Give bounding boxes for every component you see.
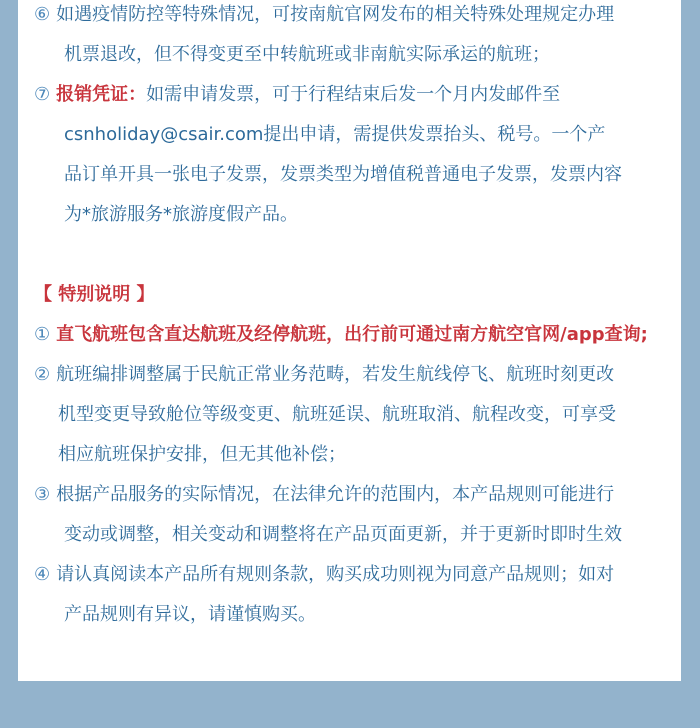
special-4-line-2: 产品规则有异议，请谨慎购买。 (18, 595, 316, 635)
rule-6-line-2: 机票退改，但不得变更至中转航班或非南航实际承运的航班； (18, 35, 550, 75)
rule-7-line-1: ⑦报销凭证：如需申请发票，可于行程结束后发一个月内发邮件至 (18, 75, 560, 115)
rule-6-line-1: ⑥如遇疫情防控等特殊情况，可按南航官网发布的相关特殊处理规定办理 (18, 0, 614, 35)
special-4-line-1: ④请认真阅读本产品所有规则条款，购买成功则视为同意产品规则；如对 (18, 555, 614, 595)
special-1: ①直飞航班包含直达航班及经停航班，出行前可通过南方航空官网/app查询; (18, 315, 648, 355)
circled-number-6: ⑥ (34, 4, 50, 25)
special-2-line-1: ②航班编排调整属于民航正常业务范畴，若发生航线停飞、航班时刻更改 (18, 355, 614, 395)
rules-panel: ⑥如遇疫情防控等特殊情况，可按南航官网发布的相关特殊处理规定办理 机票退改，但不… (18, 0, 681, 681)
circled-number-2: ② (34, 364, 50, 385)
circled-number-7: ⑦ (34, 84, 50, 105)
special-2-line-2: 机型变更导致舱位等级变更、航班延误、航班取消、航程改变，可享受 (18, 395, 616, 435)
special-3-line-1: ③根据产品服务的实际情况，在法律允许的范围内，本产品规则可能进行 (18, 475, 614, 515)
invoice-label: 报销凭证： (56, 84, 146, 105)
circled-number-3: ③ (34, 484, 50, 505)
rule-7-line-2: csnholiday@csair.com提出申请，需提供发票抬头、税号。一个产 (18, 115, 605, 155)
circled-number-1: ① (34, 324, 50, 345)
circled-number-4: ④ (34, 564, 50, 585)
rule-7-line-4: 为*旅游服务*旅游度假产品。 (18, 195, 298, 235)
special-2-line-3: 相应航班保护安排，但无其他补偿； (18, 435, 346, 475)
special-3-line-2: 变动或调整，相关变动和调整将在产品页面更新，并于更新时即时生效 (18, 515, 622, 555)
rule-7-line-3: 品订单开具一张电子发票，发票类型为增值税普通电子发票，发票内容 (18, 155, 622, 195)
special-notes-heading: 【 特别说明 】 (18, 275, 155, 315)
